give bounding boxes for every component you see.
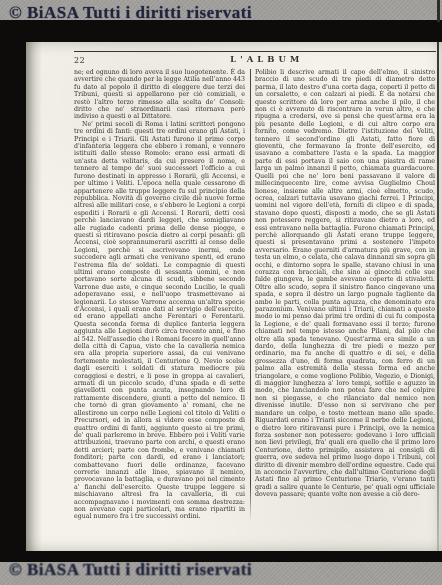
paragraph: ne; ed ognuno di loro aveva il suo luogo… <box>74 69 245 121</box>
paragraph: Polibio li descrive armati il capo dell'… <box>255 69 435 499</box>
page-edge-shadow <box>26 42 42 551</box>
left-column: ne; ed ognuno di loro aveva il suo luogo… <box>74 69 245 529</box>
page-number: 22 <box>74 56 85 65</box>
scanned-document-screenshot: © BiASA Tutti i diritti riservati 22 L'A… <box>0 0 442 585</box>
paragraph: Ne' primi secoli di Roma i latini scritt… <box>74 121 245 521</box>
scan-edge-notch <box>437 0 440 22</box>
watermark-bottom: © BiASA Tutti i diritti riservati <box>9 560 252 580</box>
page-header: 22 L'ALBUM <box>74 54 436 67</box>
scan-edge-line <box>437 42 439 551</box>
header-rule <box>74 51 436 52</box>
column-divider <box>250 69 251 521</box>
scanned-page: 22 L'ALBUM ne; ed ognuno di loro aveva i… <box>26 42 442 551</box>
text-columns: ne; ed ognuno di loro aveva il suo luogo… <box>74 69 436 529</box>
journal-masthead: L'ALBUM <box>230 55 303 65</box>
right-column: Polibio li descrive armati il capo dell'… <box>255 69 435 529</box>
